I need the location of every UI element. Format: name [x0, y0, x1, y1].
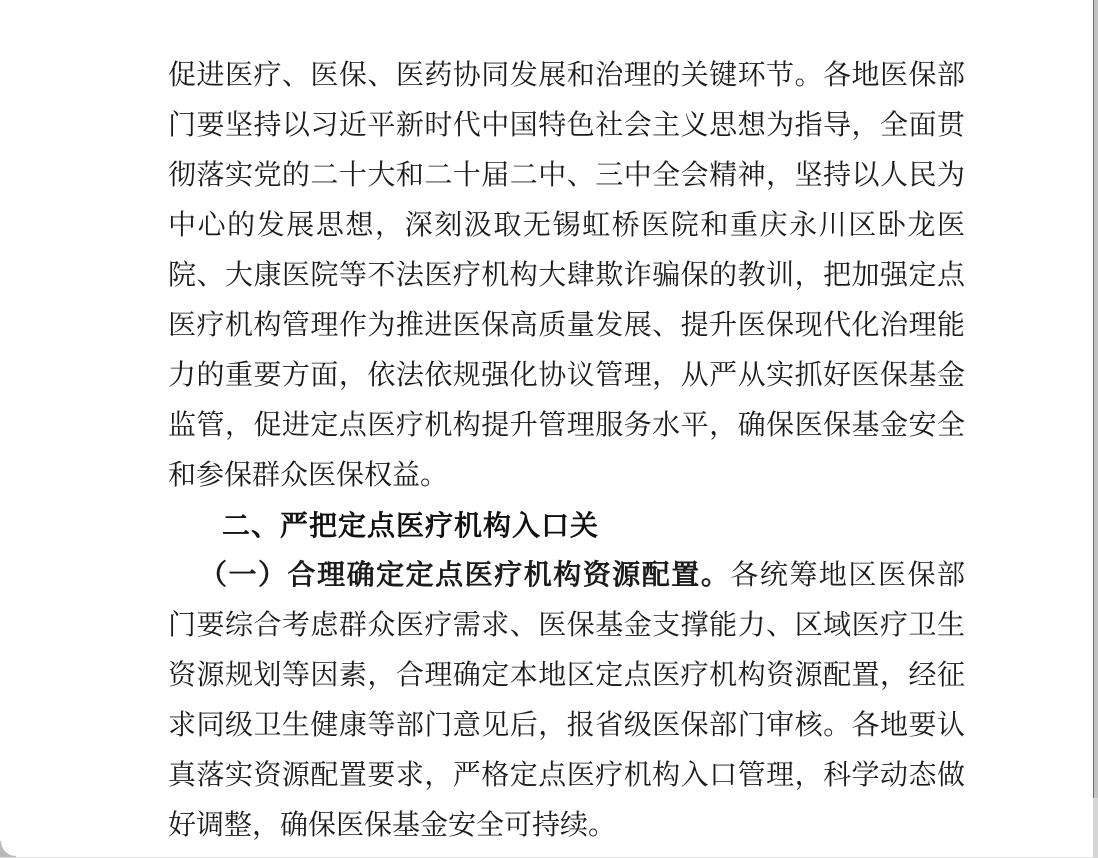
- body-line: 门要综合考虑群众医疗需求、医保基金支撑能力、区域医疗卫生: [168, 601, 965, 651]
- scrollbar-thumb[interactable]: [1093, 0, 1098, 798]
- body-line: 彻落实党的二十大和二十届二中、三中全会精神，坚持以人民为: [168, 151, 965, 201]
- scrollbar-track[interactable]: [1093, 0, 1098, 858]
- paragraph-lead-rest: 各统筹地区医保部: [730, 560, 965, 591]
- body-line: 促进医疗、医保、医药协同发展和治理的关键环节。各地医保部: [168, 51, 965, 101]
- body-line: 院、大康医院等不法医疗机构大肆欺诈骗保的教训，把加强定点: [168, 251, 965, 301]
- body-line: 中心的发展思想，深刻汲取无锡虹桥医院和重庆永川区卧龙医: [168, 201, 965, 251]
- window-corner-decoration: [0, 841, 16, 857]
- paragraph-lead-bold: （一）合理确定定点医疗机构资源配置。: [199, 560, 730, 591]
- body-line: 资源规划等因素，合理确定本地区定点医疗机构资源配置，经征: [168, 651, 965, 701]
- document-page: 促进医疗、医保、医药协同发展和治理的关键环节。各地医保部 门要坚持以习近平新时代…: [0, 0, 1098, 858]
- body-line: 真落实资源配置要求，严格定点医疗机构入口管理，科学动态做: [168, 751, 965, 801]
- body-line: 好调整，确保医保基金安全可持续。: [168, 801, 965, 851]
- body-line: 门要坚持以习近平新时代中国特色社会主义思想为指导，全面贯: [168, 101, 965, 151]
- body-line: 求同级卫生健康等部门意见后，报省级医保部门审核。各地要认: [168, 701, 965, 751]
- body-line: （一）合理确定定点医疗机构资源配置。各统筹地区医保部: [168, 551, 965, 601]
- body-line: 和参保群众医保权益。: [168, 451, 965, 501]
- body-line: 监管，促进定点医疗机构提升管理服务水平，确保医保基金安全: [168, 401, 965, 451]
- document-text-block: 促进医疗、医保、医药协同发展和治理的关键环节。各地医保部 门要坚持以习近平新时代…: [168, 51, 965, 851]
- body-line: 医疗机构管理作为推进医保高质量发展、提升医保现代化治理能: [168, 301, 965, 351]
- body-line: 力的重要方面，依法依规强化协议管理，从严从实抓好医保基金: [168, 351, 965, 401]
- section-heading: 二、严把定点医疗机构入口关: [168, 501, 965, 551]
